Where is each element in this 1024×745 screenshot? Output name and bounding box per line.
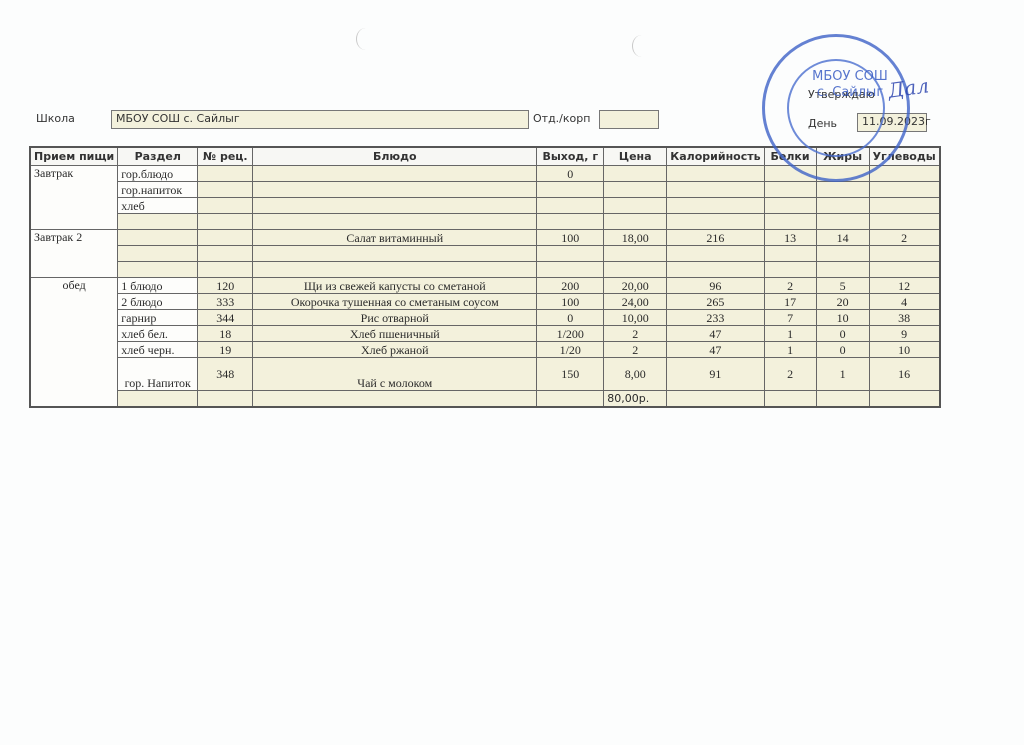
table-row: 2 блюдо333Окорочка тушенная со сметаным … [30,294,940,310]
col-header-output: Выход, г [537,147,604,166]
dish-cell[interactable]: Щи из свежей капусты со сметаной [253,278,537,294]
carbs-cell[interactable] [869,166,940,182]
protein-cell[interactable]: 13 [764,230,816,246]
output-cell[interactable] [537,182,604,198]
output-cell[interactable] [537,391,604,408]
price-cell[interactable] [604,262,667,278]
dish-cell[interactable] [253,198,537,214]
table-row: хлеб бел.18Хлеб пшеничный1/200247109 [30,326,940,342]
calories-cell[interactable] [667,198,764,214]
school-field[interactable]: МБОУ СОШ с. Сайлыг [111,110,529,129]
section-cell[interactable]: хлеб черн. [118,342,198,358]
fat-cell[interactable]: 20 [816,294,869,310]
calories-cell[interactable]: 91 [667,358,764,391]
col-header-recipe: № рец. [198,147,253,166]
calories-cell[interactable] [667,214,764,230]
table-row [30,214,940,230]
carbs-cell[interactable] [869,182,940,198]
recipe-cell[interactable] [198,230,253,246]
section-cell[interactable] [118,214,198,230]
calories-cell[interactable]: 47 [667,326,764,342]
price-cell[interactable] [604,198,667,214]
table-row: обед1 блюдо120Щи из свежей капусты со см… [30,278,940,294]
calories-cell[interactable] [667,262,764,278]
price-cell[interactable]: 2 [604,326,667,342]
section-cell[interactable] [118,246,198,262]
output-cell[interactable]: 100 [537,294,604,310]
price-cell[interactable]: 8,00 [604,358,667,391]
dish-cell[interactable] [253,214,537,230]
section-cell[interactable]: гор.напиток [118,182,198,198]
col-header-dish: Блюдо [253,147,537,166]
carbs-cell[interactable] [869,246,940,262]
table-row: Завтрак 2Салат витаминный10018,002161314… [30,230,940,246]
carbs-cell[interactable] [869,262,940,278]
price-cell[interactable] [604,246,667,262]
dept-label: Отд./корп [533,112,590,125]
calories-cell[interactable]: 216 [667,230,764,246]
protein-cell[interactable] [764,246,816,262]
fat-cell[interactable] [816,214,869,230]
price-cell[interactable]: 10,00 [604,310,667,326]
section-cell[interactable]: гор.блюдо [118,166,198,182]
calories-cell[interactable] [667,246,764,262]
dish-cell[interactable] [253,182,537,198]
table-row [30,246,940,262]
protein-cell[interactable]: 2 [764,358,816,391]
dept-field[interactable] [599,110,659,129]
col-header-calories: Калорийность [667,147,764,166]
price-cell[interactable] [604,182,667,198]
fat-cell[interactable]: 0 [816,342,869,358]
calories-cell[interactable] [667,182,764,198]
col-header-section: Раздел [118,147,198,166]
recipe-cell[interactable]: 344 [198,310,253,326]
fat-cell[interactable]: 1 [816,358,869,391]
carbs-cell[interactable]: 10 [869,342,940,358]
section-cell[interactable]: гор. Напиток [118,358,198,391]
dish-cell[interactable]: Салат витаминный [253,230,537,246]
fat-cell[interactable] [816,262,869,278]
calories-cell[interactable] [667,391,764,408]
section-cell[interactable] [118,391,198,408]
table-row: гор.напиток [30,182,940,198]
output-cell[interactable]: 1/20 [537,342,604,358]
output-cell[interactable]: 100 [537,230,604,246]
price-cell[interactable]: 18,00 [604,230,667,246]
price-cell[interactable]: 80,00р. [604,391,667,408]
carbs-cell[interactable]: 9 [869,326,940,342]
dish-cell[interactable] [253,246,537,262]
protein-cell[interactable] [764,214,816,230]
protein-cell[interactable] [764,262,816,278]
output-cell[interactable] [537,214,604,230]
protein-cell[interactable] [764,198,816,214]
recipe-cell[interactable] [198,391,253,408]
school-label: Школа [36,112,75,125]
recipe-cell[interactable] [198,198,253,214]
calories-cell[interactable]: 96 [667,278,764,294]
dish-cell[interactable]: Чай с молоком [253,358,537,391]
recipe-cell[interactable]: 18 [198,326,253,342]
official-stamp [762,34,910,182]
protein-cell[interactable] [764,391,816,408]
carbs-cell[interactable]: 16 [869,358,940,391]
dish-cell[interactable] [253,166,537,182]
price-cell[interactable] [604,214,667,230]
carbs-cell[interactable]: 38 [869,310,940,326]
signature: Дал [887,73,931,102]
fat-cell[interactable] [816,182,869,198]
calories-cell[interactable]: 47 [667,342,764,358]
fat-cell[interactable] [816,198,869,214]
recipe-cell[interactable]: 120 [198,278,253,294]
dish-cell[interactable] [253,391,537,408]
menu-table: Прием пищи Раздел № рец. Блюдо Выход, г … [29,146,941,408]
protein-cell[interactable]: 2 [764,278,816,294]
stamp-line-2: с. Сайлыг [808,86,892,100]
recipe-cell[interactable] [198,262,253,278]
col-header-meal: Прием пищи [30,147,118,166]
section-cell[interactable] [118,262,198,278]
section-cell[interactable]: 2 блюдо [118,294,198,310]
table-row: гарнир344Рис отварной010,0023371038 [30,310,940,326]
output-cell[interactable] [537,262,604,278]
calories-cell[interactable]: 233 [667,310,764,326]
section-cell[interactable]: хлеб [118,198,198,214]
protein-cell[interactable]: 1 [764,342,816,358]
stamp-line-1: МБОУ СОШ [808,70,892,84]
fat-cell[interactable]: 14 [816,230,869,246]
output-cell[interactable]: 200 [537,278,604,294]
carbs-cell[interactable] [869,198,940,214]
protein-cell[interactable] [764,182,816,198]
dish-cell[interactable]: Хлеб ржаной [253,342,537,358]
carbs-cell[interactable]: 2 [869,230,940,246]
output-cell[interactable] [537,246,604,262]
protein-cell[interactable]: 7 [764,310,816,326]
section-cell[interactable]: 1 блюдо [118,278,198,294]
output-cell[interactable]: 1/200 [537,326,604,342]
price-cell[interactable]: 24,00 [604,294,667,310]
col-header-price: Цена [604,147,667,166]
protein-cell[interactable]: 17 [764,294,816,310]
recipe-cell[interactable]: 19 [198,342,253,358]
table-row: 80,00р. [30,391,940,408]
dish-cell[interactable] [253,262,537,278]
fat-cell[interactable]: 5 [816,278,869,294]
dish-cell[interactable]: Хлеб пшеничный [253,326,537,342]
dish-cell[interactable]: Окорочка тушенная со сметаным соусом [253,294,537,310]
table-row: гор. Напиток348Чай с молоком1508,0091211… [30,358,940,391]
protein-cell[interactable]: 1 [764,326,816,342]
recipe-cell[interactable] [198,246,253,262]
section-cell[interactable] [118,230,198,246]
output-cell[interactable]: 150 [537,358,604,391]
carbs-cell[interactable] [869,391,940,408]
meal-name-cell: Завтрак [30,166,118,230]
recipe-cell[interactable] [198,166,253,182]
table-row: хлеб черн.19Хлеб ржаной1/202471010 [30,342,940,358]
output-cell[interactable] [537,198,604,214]
fat-cell[interactable]: 10 [816,310,869,326]
carbs-cell[interactable] [869,214,940,230]
section-cell[interactable]: хлеб бел. [118,326,198,342]
carbs-cell[interactable]: 4 [869,294,940,310]
table-row: хлеб [30,198,940,214]
price-cell[interactable]: 20,00 [604,278,667,294]
fat-cell[interactable] [816,246,869,262]
output-cell[interactable]: 0 [537,310,604,326]
recipe-cell[interactable] [198,182,253,198]
output-cell[interactable]: 0 [537,166,604,182]
carbs-cell[interactable]: 12 [869,278,940,294]
meal-name-cell: Завтрак 2 [30,230,118,278]
punch-hole-mark [632,35,651,57]
fat-cell[interactable] [816,391,869,408]
price-cell[interactable] [604,166,667,182]
calories-cell[interactable]: 265 [667,294,764,310]
price-cell[interactable]: 2 [604,342,667,358]
dish-cell[interactable]: Рис отварной [253,310,537,326]
section-cell[interactable]: гарнир [118,310,198,326]
fat-cell[interactable]: 0 [816,326,869,342]
calories-cell[interactable] [667,166,764,182]
meal-name-cell: обед [30,278,118,408]
recipe-cell[interactable]: 333 [198,294,253,310]
recipe-cell[interactable] [198,214,253,230]
table-row [30,262,940,278]
recipe-cell[interactable]: 348 [198,358,253,391]
punch-hole-mark [356,28,375,50]
